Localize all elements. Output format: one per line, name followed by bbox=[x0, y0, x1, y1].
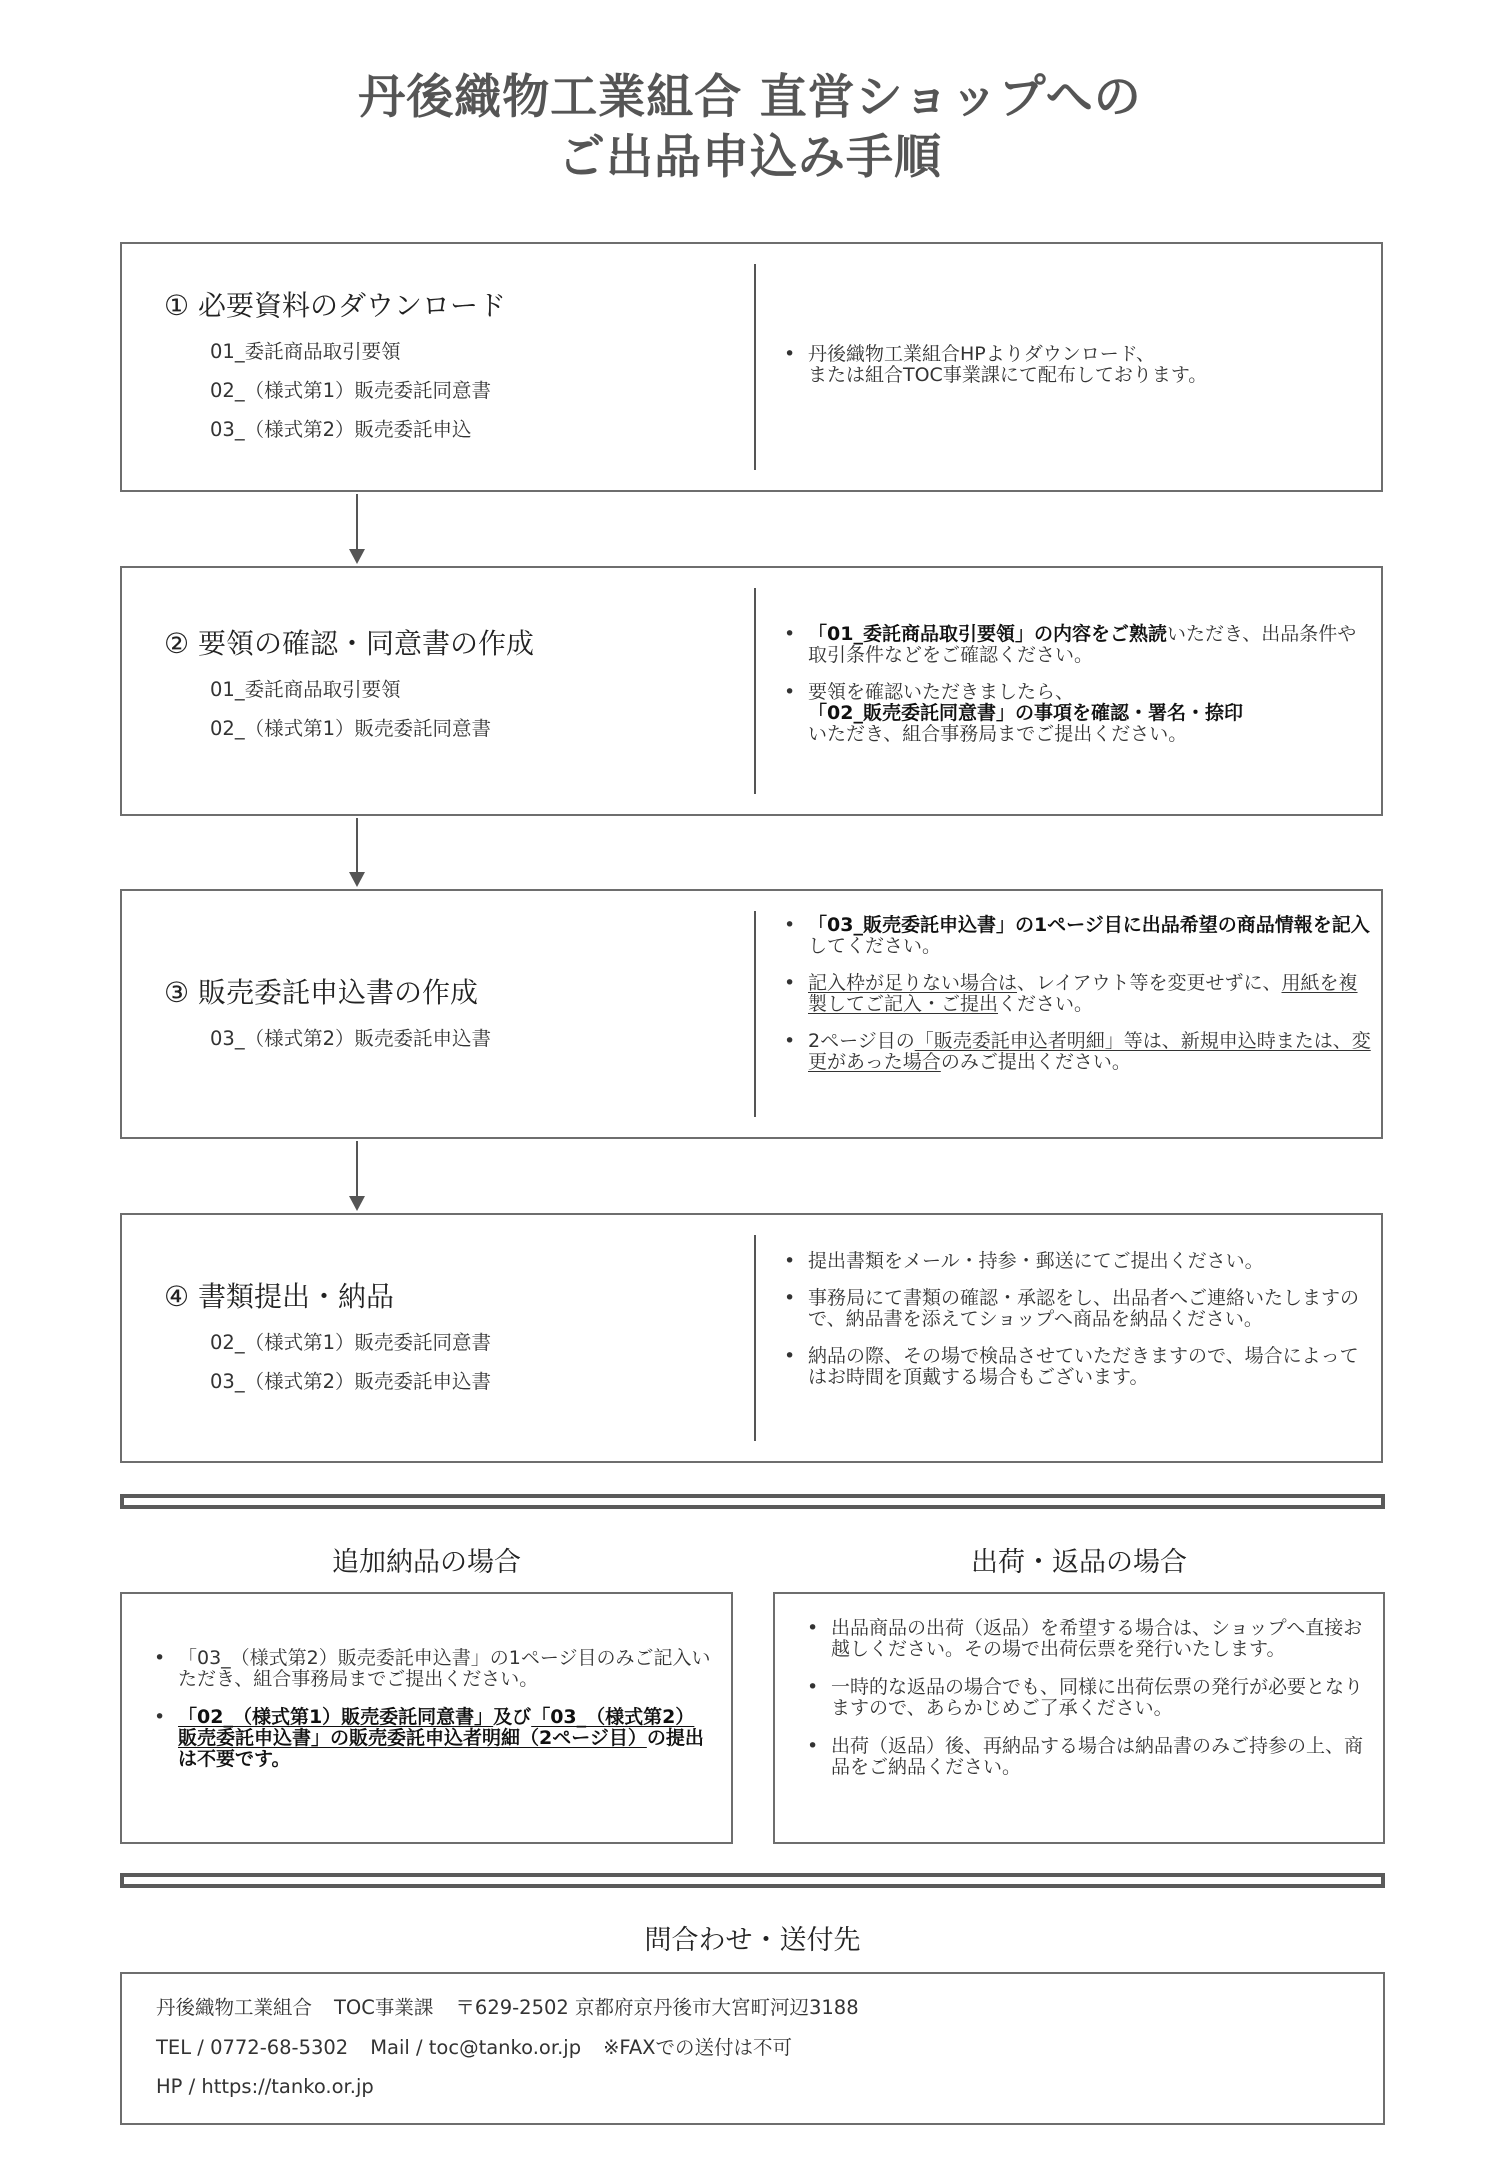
step-2-title: ② 要領の確認・同意書の作成 bbox=[164, 624, 744, 664]
homepage-link[interactable]: HP / https://tanko.or.jp bbox=[156, 2075, 374, 2098]
note-item: 事務局にて書類の確認・承認をし、出品者へご連絡いたしますので、納品書を添えてショ… bbox=[782, 1288, 1372, 1330]
fax-note: ※FAXでの送付は不可 bbox=[603, 2036, 792, 2059]
section-separator bbox=[120, 1494, 1385, 1509]
document-item: 03_（様式第2）販売委託申込 bbox=[210, 410, 744, 449]
step-3-notes: 「03_販売委託申込書」の1ページ目に出品希望の商品情報を記入してください。 記… bbox=[782, 915, 1372, 1089]
shipping-return-heading: 出荷・返品の場合 bbox=[773, 1546, 1385, 1580]
column-divider bbox=[754, 264, 756, 470]
note-item: 出荷（返品）後、再納品する場合は納品書のみご持参の上、商品をご納品ください。 bbox=[805, 1736, 1365, 1778]
email-address[interactable]: Mail / toc@tanko.or.jp bbox=[370, 2036, 581, 2059]
note-item: 「02_（様式第1）販売委託同意書」及び「03_（様式第2）販売委託申込書」の販… bbox=[152, 1707, 712, 1770]
page-title-line2: ご出品申込み手順 bbox=[0, 128, 1500, 188]
note-item: 提出書類をメール・持参・郵送にてご提出ください。 bbox=[782, 1251, 1372, 1272]
step-3-left: ③ 販売委託申込書の作成 03_（様式第2）販売委託申込書 bbox=[164, 973, 744, 1058]
step-2-notes: 「01_委託商品取引要領」の内容をご熟読いただき、出品条件や取引条件などをご確認… bbox=[782, 624, 1372, 761]
contact-heading: 問合わせ・送付先 bbox=[120, 1924, 1385, 1958]
section-separator bbox=[120, 1873, 1385, 1888]
contact-hp-line: HP / https://tanko.or.jp bbox=[156, 2075, 374, 2099]
phone-number: TEL / 0772-68-5302 bbox=[156, 2036, 348, 2059]
document-item: 03_（様式第2）販売委託申込書 bbox=[210, 1019, 744, 1058]
note-item: 記入枠が足りない場合は、レイアウト等を変更せずに、用紙を複製してご記入・ご提出く… bbox=[782, 973, 1372, 1015]
note-item: 2ページ目の「販売委託申込者明細」等は、新規申込時または、変更があった場合のみご… bbox=[782, 1031, 1372, 1073]
note-item: 「01_委託商品取引要領」の内容をご熟読いただき、出品条件や取引条件などをご確認… bbox=[782, 624, 1372, 666]
step-1-left: ① 必要資料のダウンロード 01_委託商品取引要領 02_（様式第1）販売委託同… bbox=[164, 286, 744, 449]
step-2-box: ② 要領の確認・同意書の作成 01_委託商品取引要領 02_（様式第1）販売委託… bbox=[120, 566, 1383, 816]
step-1-document-list: 01_委託商品取引要領 02_（様式第1）販売委託同意書 03_（様式第2）販売… bbox=[164, 332, 744, 449]
contact-phone-mail-line: TEL / 0772-68-5302Mail / toc@tanko.or.jp… bbox=[156, 2036, 792, 2060]
arrow-down-icon bbox=[349, 1196, 365, 1211]
column-divider bbox=[754, 911, 756, 1117]
note-item: 納品の際、その場で検品させていただきますので、場合によってはお時間を頂戴する場合… bbox=[782, 1346, 1372, 1388]
step-4-box: ④ 書類提出・納品 02_（様式第1）販売委託同意書 03_（様式第2）販売委託… bbox=[120, 1213, 1383, 1463]
step-1-notes: 丹後織物工業組合HPよりダウンロード、 または組合TOC事業課にて配布しておりま… bbox=[782, 344, 1372, 402]
step-3-document-list: 03_（様式第2）販売委託申込書 bbox=[164, 1019, 744, 1058]
step-2-left: ② 要領の確認・同意書の作成 01_委託商品取引要領 02_（様式第1）販売委託… bbox=[164, 624, 744, 748]
step-4-document-list: 02_（様式第1）販売委託同意書 03_（様式第2）販売委託申込書 bbox=[164, 1323, 744, 1401]
additional-delivery-box: 「03_（様式第2）販売委託申込書」の1ページ目のみご記入いただき、組合事務局ま… bbox=[120, 1592, 733, 1844]
step-3-title: ③ 販売委託申込書の作成 bbox=[164, 973, 744, 1013]
document-item: 02_（様式第1）販売委託同意書 bbox=[210, 371, 744, 410]
contact-address-line: 丹後織物工業組合TOC事業課〒629-2502 京都府京丹後市大宮町河辺3188 bbox=[156, 1996, 859, 2020]
column-divider bbox=[754, 1235, 756, 1441]
postal-address: 〒629-2502 京都府京丹後市大宮町河辺3188 bbox=[455, 1996, 858, 2019]
step-3-box: ③ 販売委託申込書の作成 03_（様式第2）販売委託申込書 「03_販売委託申込… bbox=[120, 889, 1383, 1139]
additional-delivery-heading: 追加納品の場合 bbox=[120, 1546, 733, 1580]
note-item: 一時的な返品の場合でも、同様に出荷伝票の発行が必要となりますので、あらかじめご了… bbox=[805, 1677, 1365, 1719]
document-item: 01_委託商品取引要領 bbox=[210, 332, 744, 371]
note-item: 「03_（様式第2）販売委託申込書」の1ページ目のみご記入いただき、組合事務局ま… bbox=[152, 1648, 712, 1690]
document-item: 02_（様式第1）販売委託同意書 bbox=[210, 709, 744, 748]
note-item: 出品商品の出荷（返品）を希望する場合は、ショップへ直接お越しください。その場で出… bbox=[805, 1618, 1365, 1660]
note-item: 要領を確認いただきましたら、「02_販売委託同意書」の事項を確認・署名・捺印いた… bbox=[782, 682, 1372, 745]
department-name: TOC事業課 bbox=[334, 1996, 433, 2019]
step-4-title: ④ 書類提出・納品 bbox=[164, 1277, 744, 1317]
document-item: 02_（様式第1）販売委託同意書 bbox=[210, 1323, 744, 1362]
flow-arrow-line bbox=[356, 818, 358, 873]
shipping-return-box: 出品商品の出荷（返品）を希望する場合は、ショップへ直接お越しください。その場で出… bbox=[773, 1592, 1385, 1844]
flow-arrow-line bbox=[356, 1141, 358, 1197]
document-item: 01_委託商品取引要領 bbox=[210, 670, 744, 709]
step-4-left: ④ 書類提出・納品 02_（様式第1）販売委託同意書 03_（様式第2）販売委託… bbox=[164, 1277, 744, 1401]
note-item: 「03_販売委託申込書」の1ページ目に出品希望の商品情報を記入してください。 bbox=[782, 915, 1372, 957]
step-1-title: ① 必要資料のダウンロード bbox=[164, 286, 744, 326]
note-item: 丹後織物工業組合HPよりダウンロード、 または組合TOC事業課にて配布しておりま… bbox=[782, 344, 1372, 386]
step-4-notes: 提出書類をメール・持参・郵送にてご提出ください。 事務局にて書類の確認・承認をし… bbox=[782, 1251, 1372, 1404]
step-1-box: ① 必要資料のダウンロード 01_委託商品取引要領 02_（様式第1）販売委託同… bbox=[120, 242, 1383, 492]
flow-arrow-line bbox=[356, 494, 358, 550]
page-title-line1: 丹後織物工業組合 直営ショップへの bbox=[0, 68, 1500, 128]
document-item: 03_（様式第2）販売委託申込書 bbox=[210, 1362, 744, 1401]
arrow-down-icon bbox=[349, 872, 365, 887]
step-2-document-list: 01_委託商品取引要領 02_（様式第1）販売委託同意書 bbox=[164, 670, 744, 748]
organization-name: 丹後織物工業組合 bbox=[156, 1996, 312, 2019]
column-divider bbox=[754, 588, 756, 794]
page-title: 丹後織物工業組合 直営ショップへの ご出品申込み手順 bbox=[0, 68, 1500, 188]
contact-box: 丹後織物工業組合TOC事業課〒629-2502 京都府京丹後市大宮町河辺3188… bbox=[120, 1972, 1385, 2125]
arrow-down-icon bbox=[349, 549, 365, 564]
